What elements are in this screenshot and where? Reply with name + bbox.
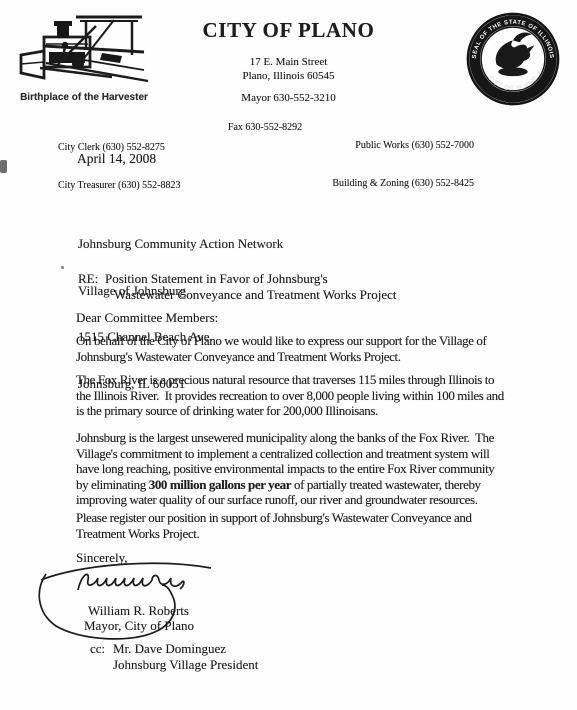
scan-artifact [61, 266, 64, 269]
p3-line4-bold: 300 million gallons per year [149, 477, 291, 492]
paragraph-1: On behalf of the City of Plano we would … [76, 333, 486, 364]
cc-title: Johnsburg Village President [113, 657, 258, 673]
scan-artifact [0, 160, 7, 173]
p2-line1: The Fox River is a precious natural reso… [76, 372, 504, 388]
signer-name: William R. Roberts [88, 603, 189, 619]
p1-line1: On behalf of the City of Plano we would … [76, 333, 486, 349]
p3-line4-after: of partially treated wastewater, thereby [291, 477, 481, 492]
p3-line5: improving water quality of our surface r… [76, 492, 494, 508]
closing: Sincerely, [76, 550, 128, 566]
p4-line2: Treatment Works Project. [76, 526, 472, 542]
city-title: CITY OF PLANO [120, 18, 457, 43]
cc-block: cc: Mr. Dave Dominguez Johnsburg Village… [90, 641, 258, 673]
re-subject-line1: Position Statement in Favor of Johnsburg… [105, 271, 397, 287]
contacts-right: Public Works (630) 552-7000 Building & Z… [332, 115, 474, 215]
salutation: Dear Committee Members: [76, 310, 218, 326]
p1-line2: Johnsburg's Wastewater Conveyance and Tr… [76, 349, 486, 365]
letter-page: Birthplace of the Harvester CITY OF PLAN… [0, 0, 577, 710]
p3-line4-before: by eliminating [76, 477, 149, 492]
p2-line3: is the primary source of drinking water … [76, 403, 504, 419]
city-treasurer-phone: City Treasurer (630) 552-8823 [58, 180, 181, 193]
city-seal-icon: SEAL OF THE STATE OF ILLINOIS • CITY OF … [464, 10, 562, 108]
signer-title: Mayor, City of Plano [84, 618, 194, 634]
city-seal: SEAL OF THE STATE OF ILLINOIS • CITY OF … [464, 10, 564, 110]
re-subject-line2: Wastewater Conveyance and Treatment Work… [114, 287, 397, 303]
paragraph-2: The Fox River is a precious natural reso… [76, 372, 504, 419]
city-state-zip: Plano, Illinois 60545 [120, 70, 457, 84]
p3-line1: Johnsburg is the largest unsewered munic… [76, 430, 494, 446]
mayor-phone: Mayor 630-552-3210 [120, 92, 457, 104]
cc-name: Mr. Dave Dominguez [113, 641, 258, 657]
p2-line2: the Illinois River. It provides recreati… [76, 388, 504, 404]
cc-recipients: Mr. Dave Dominguez Johnsburg Village Pre… [113, 641, 258, 673]
paragraph-4: Please register our position in support … [76, 510, 472, 541]
p4-line1: Please register our position in support … [76, 510, 472, 526]
building-zoning-phone: Building & Zoning (630) 552-8425 [332, 178, 474, 191]
cc-label: cc: [90, 641, 113, 673]
re-block: RE: Position Statement in Favor of Johns… [78, 271, 397, 302]
letterhead: CITY OF PLANO 17 E. Main Street Plano, I… [120, 18, 457, 104]
street-address: 17 E. Main Street [120, 56, 457, 70]
re-label: RE: [78, 271, 105, 302]
re-subject: Position Statement in Favor of Johnsburg… [105, 271, 397, 302]
date-line: April 14, 2008 [77, 151, 156, 167]
recipient-org: Johnsburg Community Action Network [78, 236, 283, 252]
p3-line3: have long reaching, positive environment… [76, 461, 494, 477]
p3-line4: by eliminating 300 million gallons per y… [76, 477, 494, 493]
p3-line2: Village's commitment to implement a cent… [76, 446, 494, 462]
paragraph-3: Johnsburg is the largest unsewered munic… [76, 430, 494, 508]
public-works-phone: Public Works (630) 552-7000 [332, 140, 474, 153]
